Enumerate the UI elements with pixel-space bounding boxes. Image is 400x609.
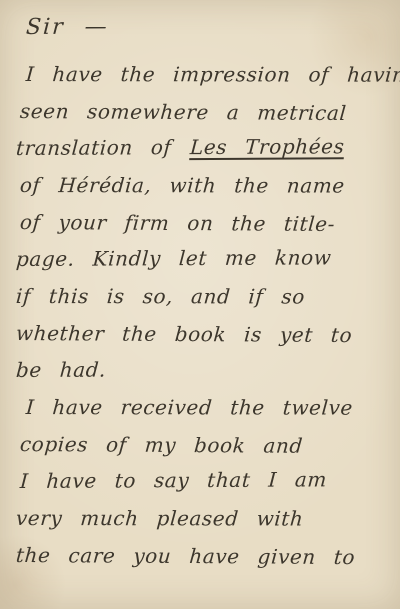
letter-line-text: the care you have given to bbox=[15, 537, 357, 576]
letter-line-text: I have to say that I am bbox=[19, 461, 328, 500]
letter-line-text: be had. bbox=[15, 352, 108, 389]
letter-line-text: whether the book is yet to bbox=[15, 315, 354, 354]
book-title-underlined: Les Trophées bbox=[188, 128, 345, 166]
letter-line: be had. bbox=[16, 350, 394, 389]
letter-line: if this is so, and if so bbox=[16, 278, 394, 316]
letter-line-text: translation of bbox=[15, 129, 173, 167]
letter-line-text: if this is so, and if so bbox=[15, 278, 307, 315]
letter-line: the care you have given to bbox=[16, 537, 394, 576]
letter-line-text: I have the impression of having bbox=[25, 56, 400, 94]
letter-line: I have to say that I am bbox=[16, 461, 394, 500]
handwritten-letter-page: Sir — I have the impression of having se… bbox=[0, 0, 400, 609]
letter-line-text: of Hérédia, with the name bbox=[19, 167, 346, 205]
letter-line-text: very much pleased with bbox=[15, 500, 305, 537]
salutation-line: Sir — bbox=[16, 6, 394, 56]
letter-line: copies of my book and bbox=[16, 426, 394, 465]
salutation-text: Sir — bbox=[25, 8, 110, 48]
letter-line: I have the impression of having bbox=[16, 56, 394, 94]
letter-line: I have received the twelve bbox=[16, 389, 394, 427]
letter-line-text: page. Kindly let me know bbox=[15, 239, 333, 278]
letter-line: very much pleased with bbox=[16, 500, 394, 538]
letter-line-text: seen somewhere a metrical bbox=[19, 93, 348, 132]
letter-line-text: I have received the twelve bbox=[25, 389, 355, 427]
letter-line: of your firm on the title- bbox=[16, 204, 394, 243]
letter-line: seen somewhere a metrical bbox=[16, 93, 394, 132]
letter-line-text: copies of my book and bbox=[19, 426, 305, 465]
letter-line-text: of your firm on the title- bbox=[19, 204, 337, 243]
letter-line: translation of Les Trophées bbox=[16, 128, 394, 167]
letter-line: whether the book is yet to bbox=[16, 315, 394, 354]
letter-line: page. Kindly let me know bbox=[16, 239, 394, 278]
letter-line: of Hérédia, with the name bbox=[16, 167, 394, 205]
